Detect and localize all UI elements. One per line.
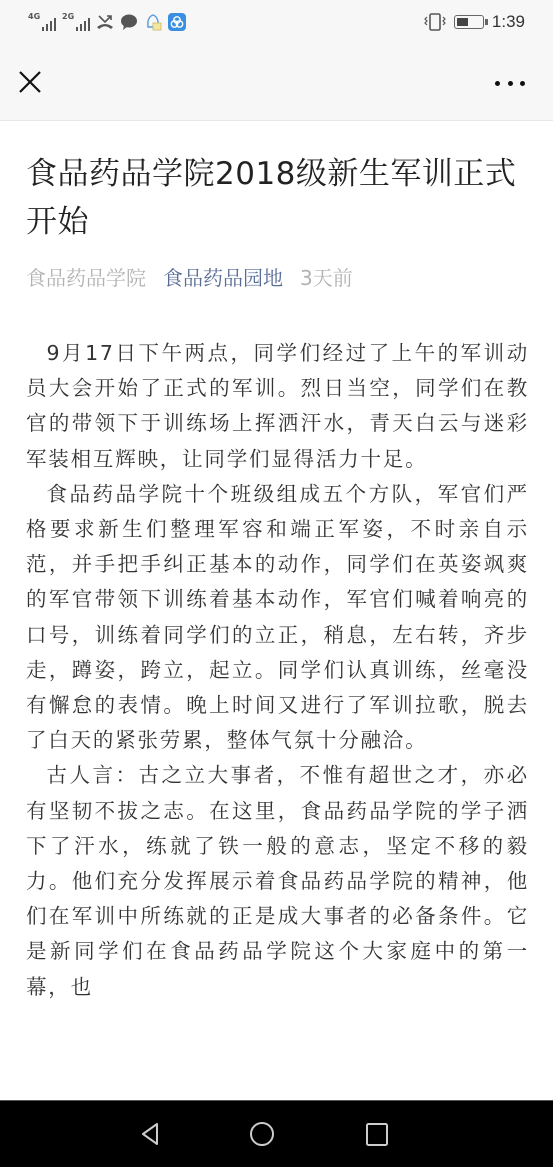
status-bar: 4G 2G 1:39: [0, 0, 553, 46]
home-icon[interactable]: [247, 1119, 277, 1149]
missed-call-icon: [96, 13, 114, 31]
clock-time: 1:39: [492, 12, 525, 32]
article: 食品药品学院2018级新生军训正式开始 食品药品学院 食品药品园地 3天前 9月…: [26, 122, 529, 1005]
chat-bubble-icon: [120, 13, 138, 31]
more-icon[interactable]: [495, 76, 525, 90]
paragraph: 食品药品学院十个班级组成五个方队，军官们严格要求新生们整理军容和端正军姿，不时亲…: [26, 477, 529, 759]
paragraph: 9月17日下午两点，同学们经过了上午的军训动员大会开始了正式的军训。烈日当空，同…: [26, 336, 529, 477]
battery-icon: [454, 15, 484, 29]
close-icon[interactable]: [16, 68, 46, 98]
top-nav-bar: [0, 46, 553, 121]
system-nav-bar: [0, 1100, 553, 1167]
publish-date: 3天前: [300, 264, 353, 292]
article-author: 食品药品学院: [26, 264, 146, 292]
article-meta: 食品药品学院 食品药品园地 3天前: [26, 264, 529, 292]
recents-icon[interactable]: [362, 1119, 392, 1149]
article-content: 9月17日下午两点，同学们经过了上午的军训动员大会开始了正式的军训。烈日当空，同…: [26, 336, 529, 1005]
account-name-link[interactable]: 食品药品园地: [163, 264, 283, 292]
article-title: 食品药品学院2018级新生军训正式开始: [26, 150, 529, 246]
status-left-icons: 4G 2G: [28, 10, 186, 34]
4g-signal-icon: 4G: [28, 13, 56, 31]
back-icon[interactable]: [137, 1119, 167, 1149]
2g-signal-icon: 2G: [62, 13, 90, 31]
paragraph: 古人言：古之立大事者，不惟有超世之才，亦必有坚韧不拔之志。在这里，食品药品学院的…: [26, 758, 529, 1004]
vibrate-icon: [424, 13, 446, 31]
app-notification-icon: [168, 13, 186, 31]
qq-icon: [144, 13, 162, 31]
status-right-icons: 1:39: [424, 8, 525, 36]
